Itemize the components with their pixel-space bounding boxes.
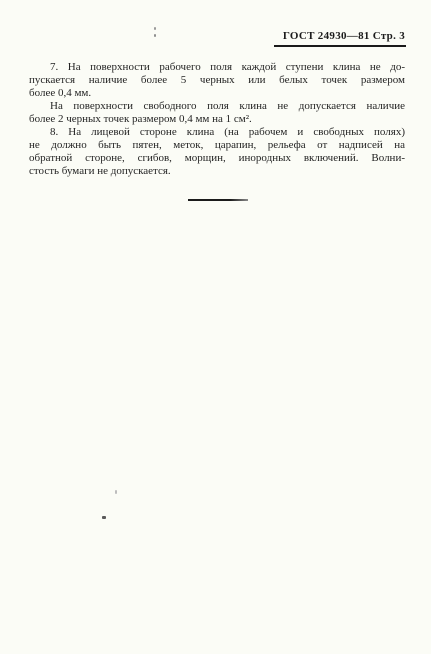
scan-artifact — [102, 516, 106, 519]
scan-artifact — [154, 34, 156, 37]
clause-8-line: стость бумаги не допускается. — [29, 165, 405, 178]
clause-7b-line: На поверхности свободного поля клина не … — [29, 100, 405, 113]
scan-artifact — [115, 490, 117, 494]
document-page: ГОСТ 24930—81 Стр. 3 7. На поверхности р… — [0, 0, 431, 654]
page-header-standard-number: ГОСТ 24930—81 Стр. 3 — [274, 30, 406, 47]
clause-7-line: 7. На поверхности рабочего поля каждой с… — [29, 61, 405, 74]
clause-7-line: пускается наличие более 5 черных или бел… — [29, 74, 405, 87]
clause-8-line: обратной стороне, сгибов, морщин, инород… — [29, 152, 405, 165]
clause-8-line: не должно быть пятен, меток, царапин, ре… — [29, 139, 405, 152]
clause-7-line: более 0,4 мм. — [29, 87, 405, 100]
scan-artifact — [154, 27, 156, 30]
document-body: 7. На поверхности рабочего поля каждой с… — [29, 61, 405, 178]
clause-8-line: 8. На лицевой стороне клина (на рабочем … — [29, 126, 405, 139]
section-divider — [188, 199, 248, 201]
clause-7b-line: более 2 черных точек размером 0,4 мм на … — [29, 113, 405, 126]
